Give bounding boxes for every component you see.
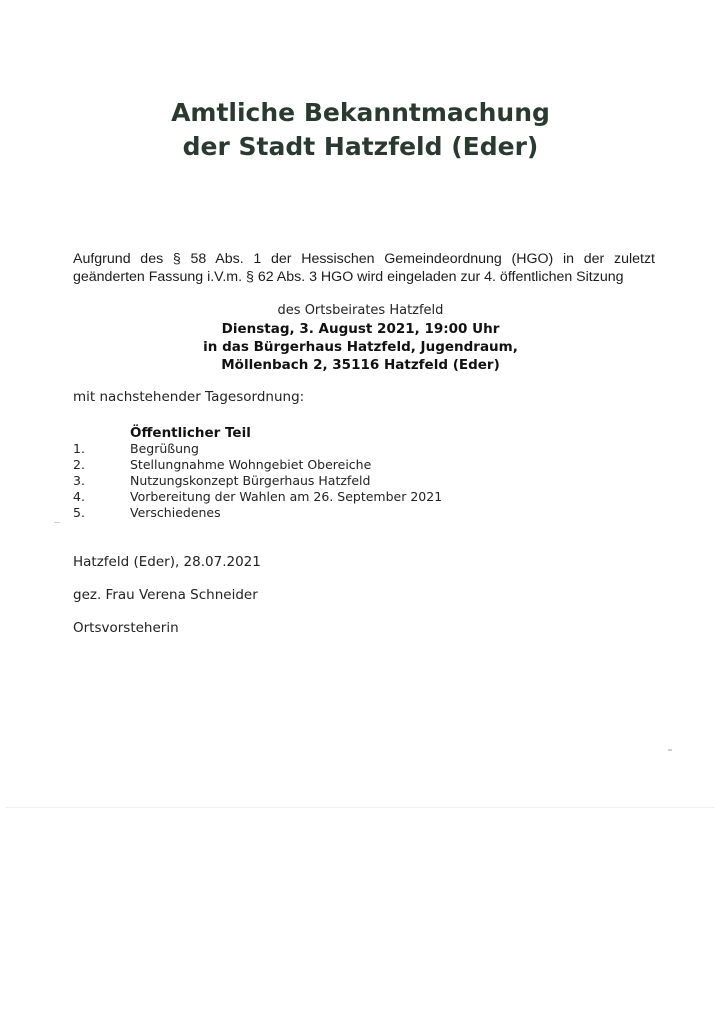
- agenda-item: 4. Vorbereitung der Wahlen am 26. Septem…: [73, 489, 442, 505]
- agenda-item-number: 3.: [73, 473, 130, 489]
- intro-paragraph: Aufgrund des § 58 Abs. 1 der Hessischen …: [73, 250, 655, 286]
- agenda-item-text: Nutzungskonzept Bürgerhaus Hatzfeld: [130, 473, 370, 489]
- signer-role: Ortsvorsteherin: [73, 619, 261, 652]
- scan-artifact-line: [5, 807, 715, 808]
- meeting-address: Möllenbach 2, 35116 Hatzfeld (Eder): [0, 356, 721, 374]
- title-line-1: Amtliche Bekanntmachung: [0, 96, 721, 130]
- meeting-date-time: Dienstag, 3. August 2021, 19:00 Uhr: [0, 320, 721, 338]
- document-title: Amtliche Bekanntmachung der Stadt Hatzfe…: [0, 96, 721, 164]
- agenda-item-text: Vorbereitung der Wahlen am 26. September…: [130, 489, 442, 505]
- scan-artifact: [668, 749, 672, 751]
- intro-line-1: Aufgrund des § 58 Abs. 1 der Hessischen …: [73, 250, 655, 268]
- agenda-item: 1. Begrüßung: [73, 441, 442, 457]
- agenda-item-text: Stellungnahme Wohngebiet Obereiche: [130, 457, 371, 473]
- agenda-item-text: Verschiedenes: [130, 505, 221, 521]
- agenda-item-number: 5.: [73, 505, 130, 521]
- meeting-details: des Ortsbeirates Hatzfeld Dienstag, 3. A…: [0, 302, 721, 374]
- signature: gez. Frau Verena Schneider: [73, 586, 261, 619]
- agenda-item-number: 4.: [73, 489, 130, 505]
- agenda-intro: mit nachstehender Tagesordnung:: [73, 389, 304, 405]
- agenda-list: Öffentlicher Teil 1. Begrüßung 2. Stellu…: [73, 425, 442, 521]
- place-date: Hatzfeld (Eder), 28.07.2021: [73, 553, 261, 586]
- agenda-item: 5. Verschiedenes: [73, 505, 442, 521]
- agenda-item-text: Begrüßung: [130, 441, 199, 457]
- title-line-2: der Stadt Hatzfeld (Eder): [0, 130, 721, 164]
- intro-line-2: geänderten Fassung i.V.m. § 62 Abs. 3 HG…: [73, 268, 655, 286]
- meeting-body: des Ortsbeirates Hatzfeld: [0, 302, 721, 320]
- scan-artifact: [54, 522, 60, 523]
- signature-block: Hatzfeld (Eder), 28.07.2021 gez. Frau Ve…: [73, 553, 261, 652]
- agenda-item: 2. Stellungnahme Wohngebiet Obereiche: [73, 457, 442, 473]
- agenda-heading: Öffentlicher Teil: [73, 425, 442, 441]
- agenda-item-number: 1.: [73, 441, 130, 457]
- agenda-item-number: 2.: [73, 457, 130, 473]
- agenda-item: 3. Nutzungskonzept Bürgerhaus Hatzfeld: [73, 473, 442, 489]
- meeting-venue: in das Bürgerhaus Hatzfeld, Jugendraum,: [0, 338, 721, 356]
